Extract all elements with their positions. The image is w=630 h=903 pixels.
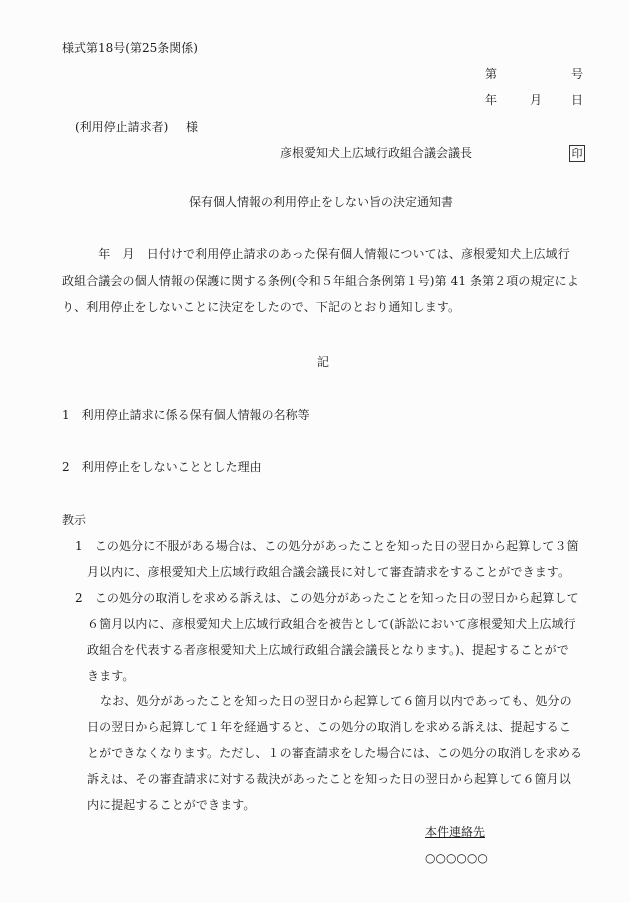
addressee: (利用停止請求者) (75, 120, 168, 134)
doc-number-suffix: 号 (571, 67, 583, 81)
form-number: 様式第18号(第25条関係) (62, 41, 198, 55)
kyoji-line: とができなくなります。ただし、１の審査請求をした場合には、この処分の取消しを求め… (87, 746, 582, 760)
contact-value: ○○○○○○ (425, 851, 488, 865)
body-line: 年 月 日付けで利用停止請求のあった保有個人情報については、彦根愛知犬上広域行 (62, 247, 570, 261)
kyoji-line: 訴えは、その審査請求に対する裁決があったことを知った日の翌日から起算して６箇月以 (87, 772, 571, 786)
kyoji-line: 政組合を代表する者彦根愛知犬上広域行政組合議会議長となります。)、提起することが… (87, 643, 569, 657)
ki-heading: 記 (317, 355, 329, 369)
item-2: 2 利用停止をしないこととした理由 (62, 460, 262, 474)
doc-number-prefix: 第 (485, 67, 497, 81)
kyoji-line: 2 この処分の取消しを求める訴えは、この処分があったことを知った日の翌日から起算… (75, 591, 579, 605)
kyoji-line: なお、処分があったことを知った日の翌日から起算して６箇月以内であっても、処分の (100, 694, 572, 708)
kyoji-line: 月以内に、彦根愛知犬上広域行政組合議会議長に対して審査請求をすることができます。 (87, 565, 570, 579)
date-year: 年 (485, 93, 497, 107)
kyoji-line: きます。 (87, 669, 134, 683)
kyoji-line: 1 この処分に不服がある場合は、この処分があったことを知った日の翌日から起算して… (75, 539, 579, 553)
body-line: 政組合議会の個人情報の保護に関する条例(令和５年組合条例第１号)第 41 条第２… (62, 274, 579, 288)
seal-mark: 印 (569, 145, 585, 162)
item-1: 1 利用停止請求に係る保有個人情報の名称等 (62, 408, 310, 422)
date-day: 日 (571, 93, 583, 107)
kyoji-line: 内に提起することができます。 (87, 798, 255, 812)
honorific: 様 (186, 120, 198, 134)
document-title: 保有個人情報の利用停止をしない旨の決定通知書 (189, 195, 453, 209)
kyoji-heading: 教示 (62, 513, 86, 527)
body-line: り、利用停止をしないことに決定をしたので、下記のとおり通知します。 (62, 300, 460, 314)
date-month: 月 (530, 93, 542, 107)
kyoji-line: 日の翌日から起算して１年を経過すると、この処分の取消しを求める訴えは、提起するこ (87, 720, 571, 734)
kyoji-line: ６箇月以内に、彦根愛知犬上広域行政組合を被告として(訴訟において彦根愛知犬上広域… (87, 617, 576, 631)
contact-label: 本件連絡先 (425, 825, 485, 839)
issuer-name: 彦根愛知犬上広域行政組合議会議長 (280, 146, 472, 160)
